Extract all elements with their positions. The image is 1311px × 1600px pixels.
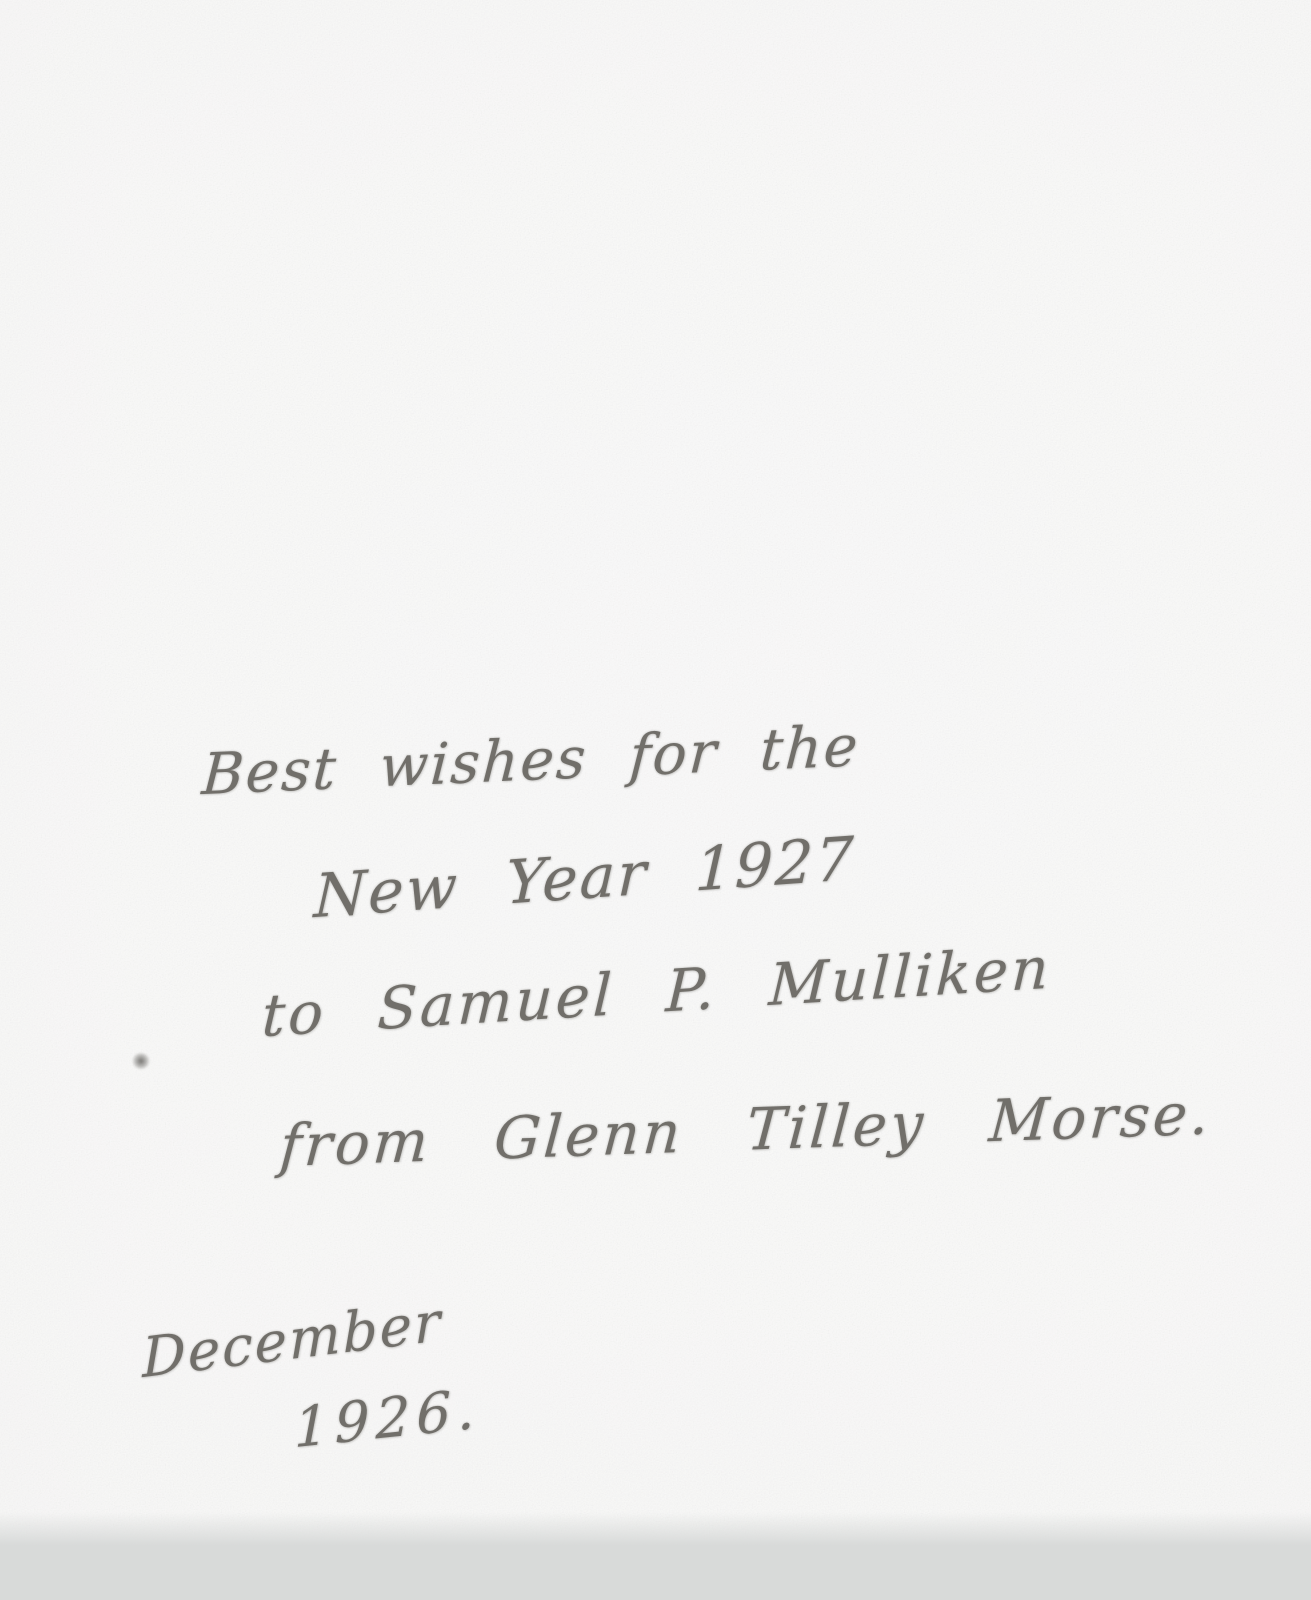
inscription-line-1: Best wishes for the — [200, 713, 862, 808]
inscription-date-month: December — [141, 1289, 442, 1390]
inscription-date-year: 1926. — [294, 1376, 480, 1460]
inscription-line-4: from Glenn Tilley Morse. — [278, 1079, 1215, 1180]
bottom-edge-strip — [0, 1512, 1311, 1600]
scanned-paper-page: Best wishes for the New Year 1927 to Sam… — [0, 0, 1311, 1600]
inscription-line-2: New Year 1927 — [313, 824, 857, 932]
inscription-line-3: to Samuel P. Mulliken — [261, 934, 1054, 1051]
graphite-smudge-dot — [132, 1053, 150, 1069]
